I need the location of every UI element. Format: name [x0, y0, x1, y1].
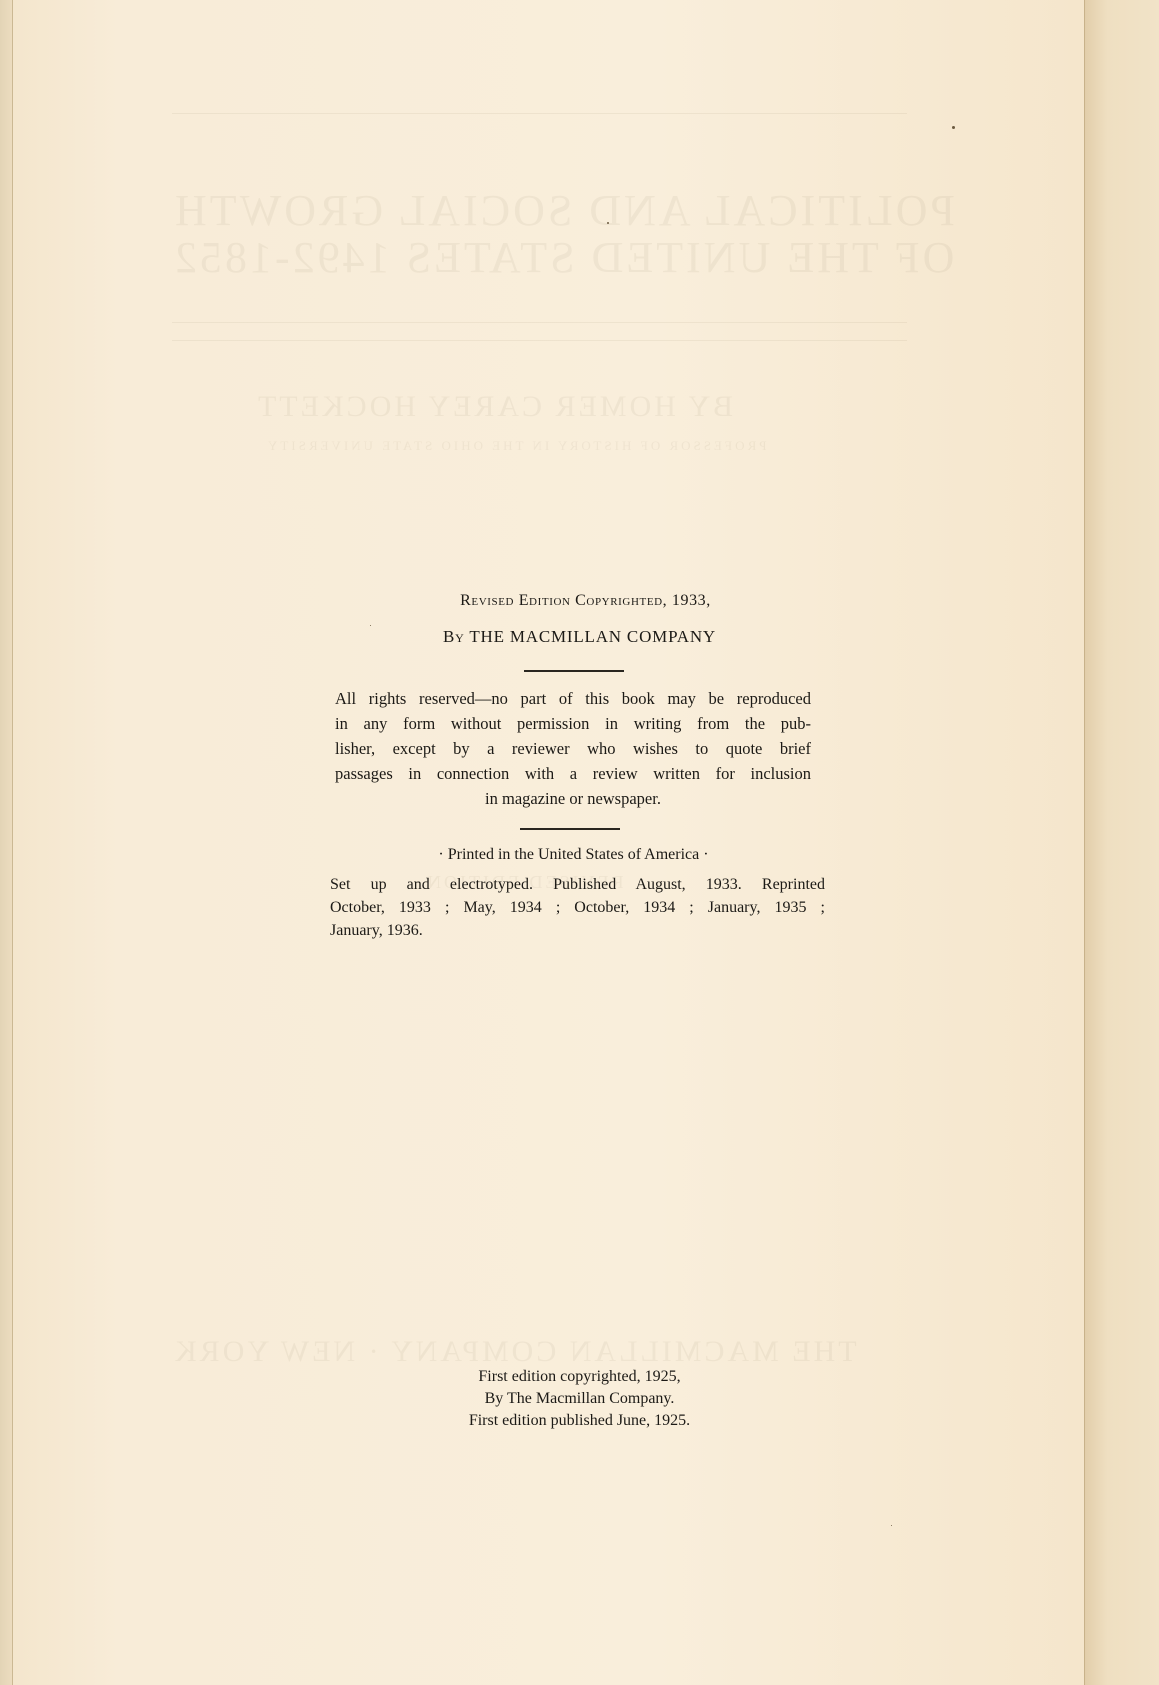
first-edition-line: By The Macmillan Company.: [0, 1388, 1159, 1410]
printing-history-line: October, 1933 ; May, 1934 ; October, 193…: [330, 896, 825, 919]
copyright-holder: By THE MACMILLAN COMPANY: [0, 627, 1159, 647]
paper-speck: [891, 1525, 892, 1526]
printed-in-usa: · Printed in the United States of Americ…: [0, 846, 1153, 864]
revised-edition-copyright: Revised Edition Copyrighted, 1933,: [6, 592, 1159, 610]
first-edition-line: First edition published June, 1925.: [0, 1410, 1159, 1432]
show-through-rule: [172, 340, 907, 341]
rights-line: passages in connection with a review wri…: [335, 761, 811, 786]
paper-speck: [607, 222, 609, 224]
show-through-rule: [172, 113, 907, 114]
rights-line: in magazine or newspaper.: [335, 786, 811, 811]
show-through-publisher: THE MACMILLAN COMPANY · NEW YORK: [172, 1335, 857, 1369]
printing-history-line: January, 1936.: [330, 919, 825, 942]
first-edition-line: First edition copyrighted, 1925,: [0, 1366, 1159, 1388]
paper-speck: [952, 126, 955, 129]
adjacent-page-left-edge: [0, 0, 13, 1685]
publisher-name: THE MACMILLAN COMPANY: [469, 627, 716, 646]
show-through-author: BY HOMER CAREY HOCKETT: [255, 390, 733, 424]
adjacent-page-right-edge: [1084, 0, 1159, 1685]
by-prefix: By: [443, 627, 465, 646]
printing-history-line: Set up and electrotyped. Published Augus…: [330, 873, 825, 896]
show-through-title-1: POLITICAL AND SOCIAL GROWTH: [172, 185, 955, 236]
show-through-rule: [172, 322, 907, 323]
paper-speck: [370, 625, 371, 626]
show-through-title-2: OF THE UNITED STATES 1492-1852: [172, 232, 954, 283]
printing-history: Set up and electrotyped. Published Augus…: [330, 873, 825, 942]
divider-rule: [520, 828, 620, 830]
first-edition-notice: First edition copyrighted, 1925, By The …: [0, 1366, 1159, 1432]
show-through-author-subtitle: PROFESSOR OF HISTORY IN THE OHIO STATE U…: [265, 438, 766, 454]
rights-line: in any form without permission in writin…: [335, 711, 811, 736]
divider-rule: [524, 670, 624, 672]
rights-line: lisher, except by a reviewer who wishes …: [335, 736, 811, 761]
rights-line: All rights reserved—no part of this book…: [335, 686, 811, 711]
rights-reserved-notice: All rights reserved—no part of this book…: [335, 686, 811, 811]
